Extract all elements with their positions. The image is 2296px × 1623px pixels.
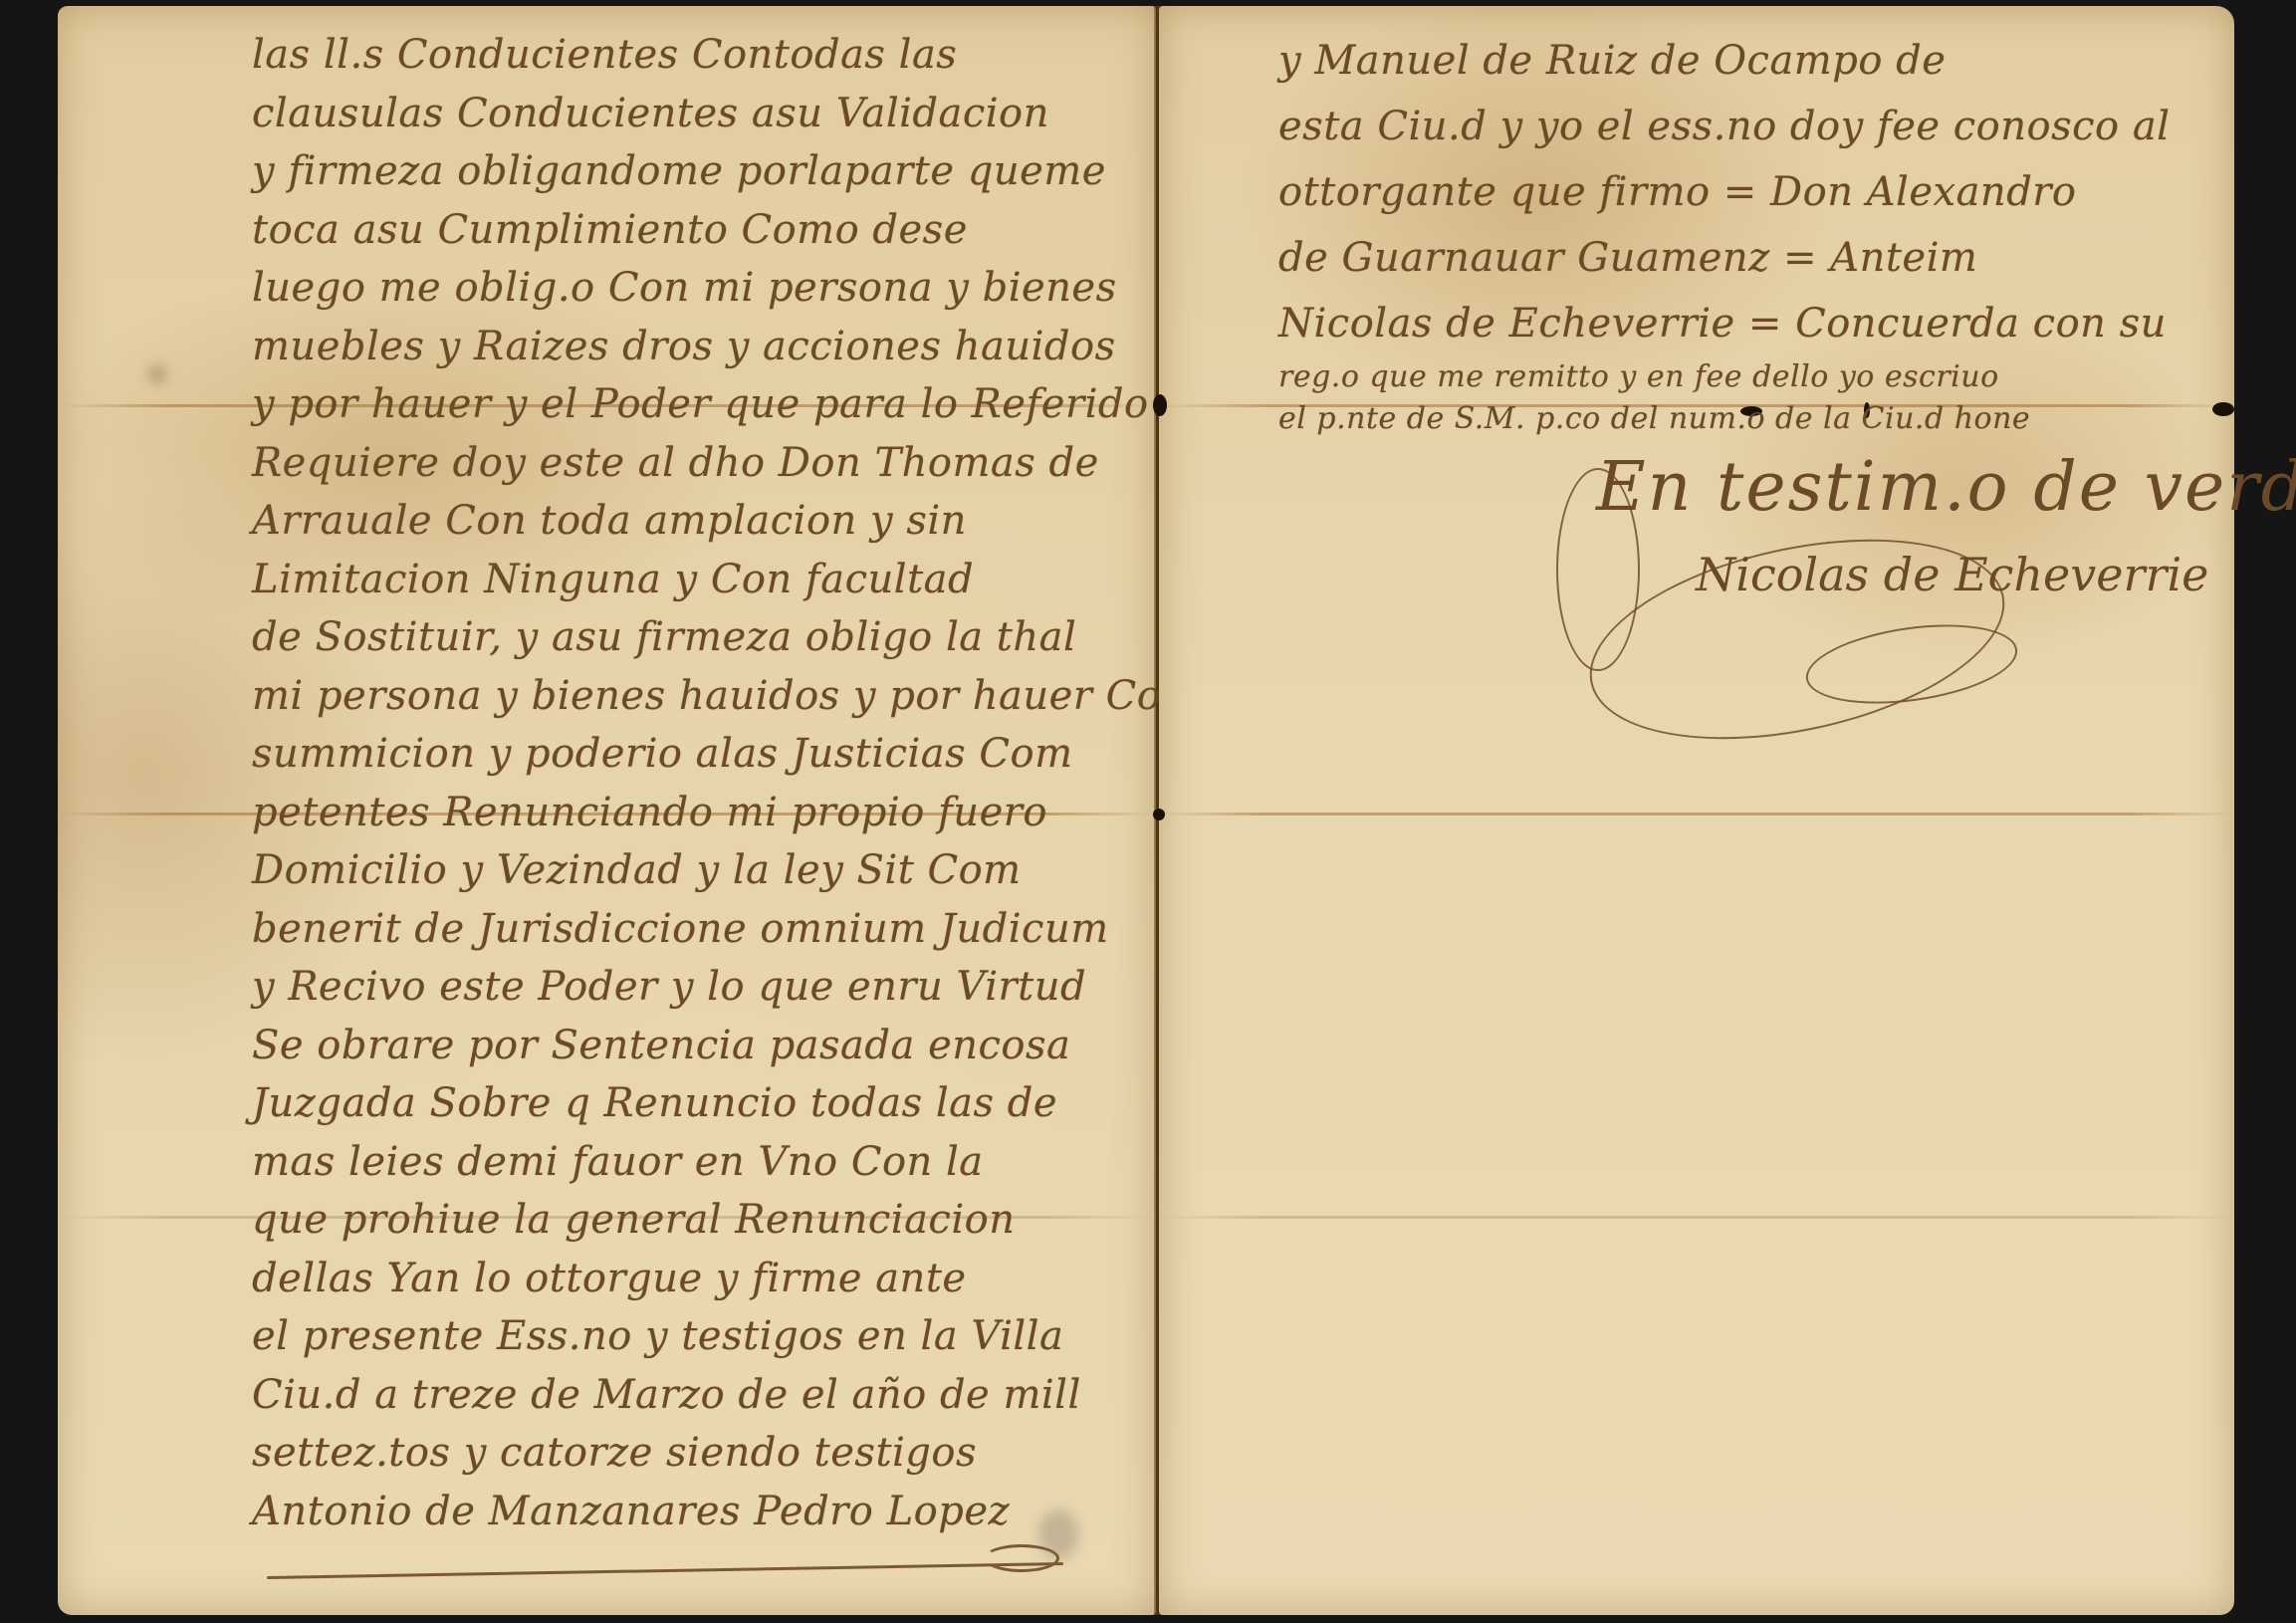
document-viewer: las ll.s Conducientes Contodas las claus…	[0, 0, 2296, 1623]
text-line: Arrauale Con toda amplacion y sin	[252, 492, 1108, 551]
text-line: toca asu Cumplimiento Como dese	[252, 201, 1108, 260]
text-line: las ll.s Conducientes Contodas las	[252, 26, 1108, 85]
text-line: petentes Renunciando mi propio fuero	[252, 784, 1108, 842]
text-line: Limitacion Ninguna y Con facultad	[252, 551, 1108, 609]
text-line: Juzgada Sobre q Renuncio todas las de	[252, 1074, 1108, 1133]
text-line: dellas Yan lo ottorgue y firme ante	[252, 1250, 1108, 1308]
text-line: muebles y Raizes dros y acciones hauidos	[252, 318, 1108, 376]
text-line: mi persona y bienes hauidos y por hauer …	[252, 667, 1108, 726]
text-line: settez.tos y catorze siendo testigos	[252, 1424, 1108, 1483]
signature-block: En testim.o de verdad Nicolas de Echever…	[1576, 428, 2094, 747]
left-page-text: las ll.s Conducientes Contodas las claus…	[252, 26, 1108, 1540]
notary-signature: En testim.o de verdad	[1596, 448, 2296, 527]
text-line: de Sostituir, y asu firmeza obligo la th…	[252, 608, 1108, 667]
fold-line	[1159, 812, 2234, 815]
text-line: y Manuel de Ruiz de Ocampo de	[1278, 28, 2204, 94]
right-page-text: y Manuel de Ruiz de Ocampo de esta Ciu.d…	[1278, 28, 2204, 440]
worm-hole	[1153, 394, 1167, 416]
text-line: reg.o que me remitto y en fee dello yo e…	[1278, 356, 2204, 398]
text-line: de Guarnauar Guamenz = Anteim	[1278, 225, 2204, 291]
text-line: y Recivo este Poder y lo que enru Virtud	[252, 958, 1108, 1017]
text-line: Antonio de Manzanares Pedro Lopez	[252, 1483, 1108, 1541]
text-line: el presente Ess.no y testigos en la Vill…	[252, 1307, 1108, 1366]
closing-rule	[267, 1562, 1063, 1579]
text-line: summicion y poderio alas Justicias Com	[252, 725, 1108, 784]
text-line: Se obrare por Sentencia pasada encosa	[252, 1017, 1108, 1075]
text-line: y por hauer y el Poder que para lo Refer…	[252, 375, 1108, 434]
text-line: Nicolas de Echeverrie = Concuerda con su	[1278, 291, 2204, 356]
text-line: y firmeza obligandome porlaparte queme	[252, 142, 1108, 201]
worm-hole	[2212, 402, 2234, 416]
text-line: benerit de Jurisdiccione omnium Judicum	[252, 900, 1108, 959]
text-line: clausulas Conducientes asu Validacion	[252, 85, 1108, 143]
text-line: mas leies demi fauor en Vno Con la	[252, 1133, 1108, 1192]
text-line: Ciu.d a treze de Marzo de el año de mill	[252, 1366, 1108, 1425]
right-page: y Manuel de Ruiz de Ocampo de esta Ciu.d…	[1159, 6, 2234, 1615]
manuscript-spread: las ll.s Conducientes Contodas las claus…	[58, 0, 2238, 1621]
text-line: que prohiue la general Renunciacion	[252, 1191, 1108, 1250]
text-line: esta Ciu.d y yo el ess.no doy fee conosc…	[1278, 94, 2204, 159]
ink-stain	[147, 364, 167, 384]
closing-flourish	[984, 1544, 1059, 1572]
text-line: luego me oblig.o Con mi persona y bienes	[252, 259, 1108, 318]
fold-line	[1159, 1216, 2234, 1219]
worm-hole	[1153, 809, 1165, 820]
left-page: las ll.s Conducientes Contodas las claus…	[58, 6, 1156, 1615]
witness-signature: Nicolas de Echeverrie	[1696, 548, 2208, 601]
text-line: Domicilio y Vezindad y la ley Sit Com	[252, 841, 1108, 900]
text-line: ottorgante que firmo = Don Alexandro	[1278, 159, 2204, 225]
text-line: Requiere doy este al dho Don Thomas de	[252, 434, 1108, 493]
